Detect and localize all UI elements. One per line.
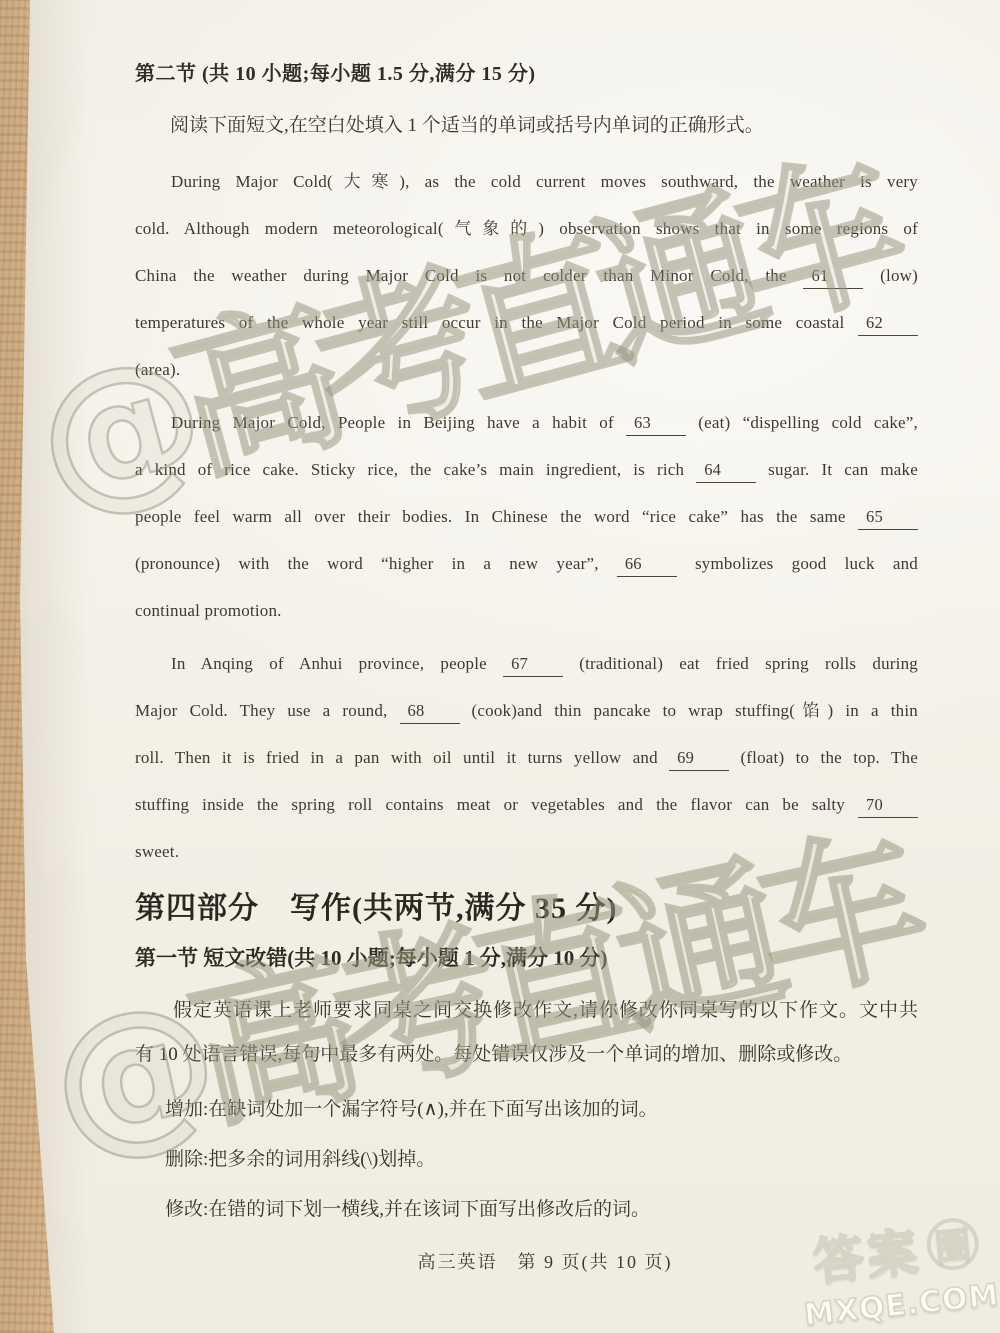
passage-line: China the weather during Major Cold is n… — [135, 252, 918, 299]
blank-70[interactable]: 70 — [858, 795, 918, 818]
passage-text: continual promotion. — [135, 601, 282, 620]
passage-text: During Major Cold(大寒), as the cold curre… — [171, 172, 918, 191]
passage-text: (eat) “dispelling cold cake”, — [686, 413, 918, 432]
passage-line: a kind of rice cake. Sticky rice, the ca… — [135, 446, 918, 493]
blank-65[interactable]: 65 — [858, 507, 918, 530]
passage-paragraph: During Major Cold(大寒), as the cold curre… — [135, 158, 918, 393]
blank-68[interactable]: 68 — [400, 701, 460, 724]
passage-paragraph: During Major Cold, People in Beijing hav… — [135, 399, 918, 634]
passage-line: In Anqing of Anhui province, people 67 (… — [135, 640, 918, 687]
proofreading-intro-line1: 假定英语课上老师要求同桌之间交换修改作文,请你修改你同桌写的以下作文。文中共 — [135, 989, 918, 1033]
passage-line: roll. Then it is fried in a pan with oil… — [135, 734, 918, 781]
passage-text: people feel warm all over their bodies. … — [135, 507, 858, 526]
rule-delete: 删除:把多余的词用斜线(\)划掉。 — [165, 1143, 918, 1177]
blank-66[interactable]: 66 — [617, 554, 677, 577]
passage-line: continual promotion. — [135, 587, 918, 634]
passage-text: symbolizes good luck and — [677, 554, 918, 573]
passage-line: temperatures of the whole year still occ… — [135, 299, 918, 346]
passage-text: temperatures of the whole year still occ… — [135, 313, 858, 332]
passage-line: During Major Cold, People in Beijing hav… — [135, 399, 918, 446]
passage-line: people feel warm all over their bodies. … — [135, 493, 918, 540]
cloze-passage: During Major Cold(大寒), as the cold curre… — [135, 158, 918, 875]
passage-line: (area). — [135, 346, 918, 393]
blank-67[interactable]: 67 — [503, 654, 563, 677]
proofreading-intro-line2: 有 10 处语言错误,每句中最多有两处。每处错误仅涉及一个单词的增加、删除或修改… — [135, 1033, 918, 1077]
passage-text: a kind of rice cake. Sticky rice, the ca… — [135, 460, 696, 479]
passage-text: Major Cold. They use a round, — [135, 701, 400, 720]
passage-text: (float) to the top. The — [729, 748, 918, 767]
passage-text: (area). — [135, 360, 180, 379]
blank-63[interactable]: 63 — [626, 413, 686, 436]
page-footer: 高三英语 第 9 页(共 10 页) — [195, 1248, 895, 1274]
passage-text: In Anqing of Anhui province, people — [171, 654, 503, 673]
blank-61[interactable]: 61 — [803, 266, 863, 289]
passage-text: stuffing inside the spring roll contains… — [135, 795, 858, 814]
section2-header: 第二节 (共 10 小题;每小题 1.5 分,满分 15 分) — [135, 60, 918, 88]
passage-line: Major Cold. They use a round, 68 (cook)a… — [135, 687, 918, 734]
exam-page-content: 第二节 (共 10 小题;每小题 1.5 分,满分 15 分) 阅读下面短文,在… — [135, 60, 918, 1227]
section2-instruction: 阅读下面短文,在空白处填入 1 个适当的单词或括号内单词的正确形式。 — [135, 106, 918, 146]
passage-text: China the weather during Major Cold is n… — [135, 266, 803, 285]
blank-62[interactable]: 62 — [858, 313, 918, 336]
passage-line: cold. Although modern meteorological(气象的… — [135, 205, 918, 252]
passage-text: cold. Although modern meteorological(气象的… — [135, 219, 918, 238]
passage-line: sweet. — [135, 828, 918, 875]
passage-line: stuffing inside the spring roll contains… — [135, 781, 918, 828]
passage-text: sweet. — [135, 842, 179, 861]
passage-line: (pronounce) with the word “higher in a n… — [135, 540, 918, 587]
passage-text: sugar. It can make — [756, 460, 918, 479]
passage-line: During Major Cold(大寒), as the cold curre… — [135, 158, 918, 205]
rule-add: 增加:在缺词处加一个漏字符号(∧),并在下面写出该加的词。 — [165, 1093, 918, 1127]
blank-69[interactable]: 69 — [669, 748, 729, 771]
passage-text: (traditional) eat fried spring rolls dur… — [563, 654, 918, 673]
writing-section1-header: 第一节 短文改错(共 10 小题;每小题 1 分,满分 10 分) — [135, 943, 918, 973]
blank-64[interactable]: 64 — [696, 460, 756, 483]
passage-text: roll. Then it is fried in a pan with oil… — [135, 748, 669, 767]
part4-header: 第四部分 写作(共两节,满分 35 分) — [135, 889, 918, 929]
passage-text: (cook)and thin pancake to wrap stuffing(… — [460, 701, 918, 720]
passage-text: (low) — [863, 266, 918, 285]
passage-text: During Major Cold, People in Beijing hav… — [171, 413, 626, 432]
passage-text: (pronounce) with the word “higher in a n… — [135, 554, 617, 573]
rule-modify: 修改:在错的词下划一横线,并在该词下面写出修改后的词。 — [165, 1193, 918, 1227]
passage-paragraph: In Anqing of Anhui province, people 67 (… — [135, 640, 918, 875]
